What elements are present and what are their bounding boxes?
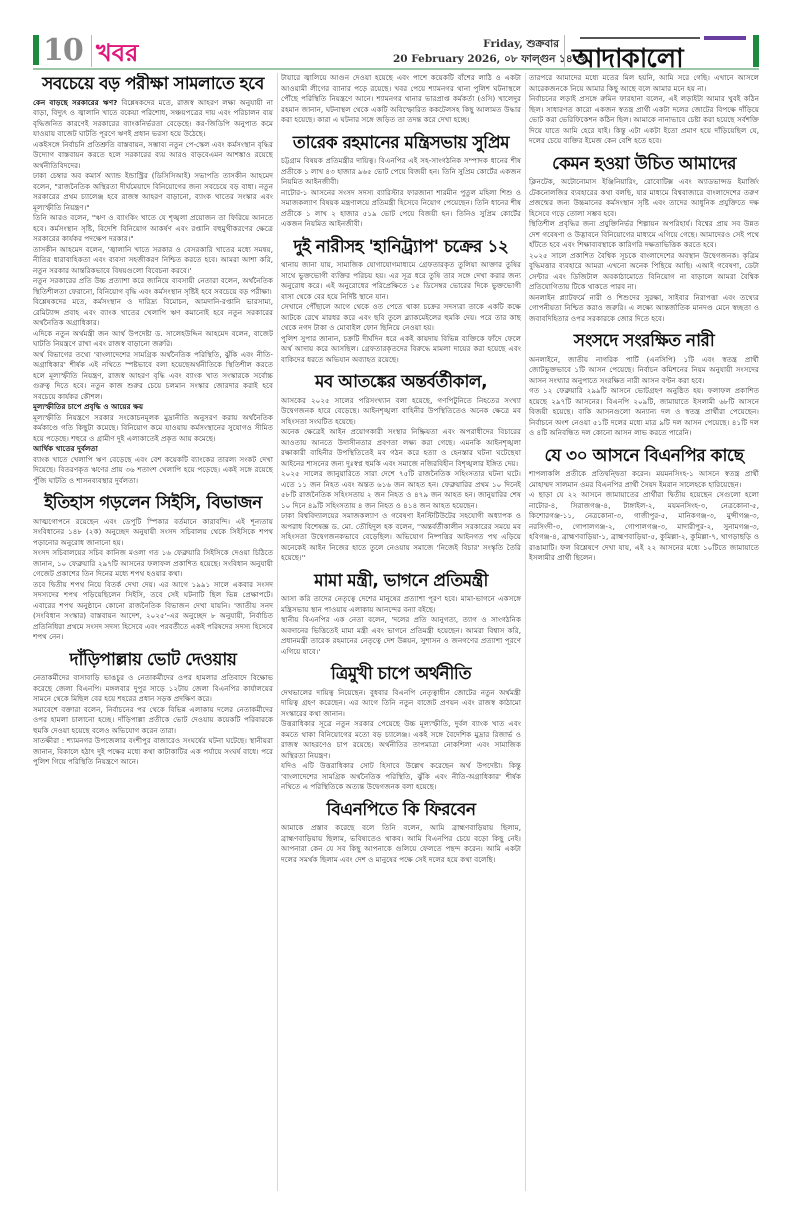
headline: বিএনপিতে কি ফিরবেন [281,801,521,821]
article-biggest-test: সবচেয়ে বড় পরীক্ষা সামলাতে হবে কেন বাড়… [33,75,273,486]
newspaper-logo: আদাকালো [570,36,750,66]
article-continuation: টায়ারে জ্বালিয়ে আগুন দেওয়া হয়েছে এবং… [281,73,521,126]
column-divider [525,73,526,1191]
headline: দাঁড়িপাল্লায় ভোট দেওয়ায় [33,651,273,671]
headline: কেমন হওয়া উচিত আমাদের [529,155,759,175]
headline: মব আতঙ্কের অন্তর্বর্তীকাল, [281,373,521,393]
article-economy-pressure: ত্রিমুখী চাপে অর্থনীতি দেখভালের দায়িত্ব… [281,665,521,793]
article-honeytrap: দুই নারীসহ 'হানিট্র্যাপ' চক্রের ১২ থানায… [281,238,521,366]
date-block: Friday, শুক্রবার 20 February 2026, ০৮ ফা… [473,37,559,67]
headline: যে ৩০ আসনে বিএনপির কাছে [529,447,759,467]
logo-tag-badge [704,36,746,40]
headline: মামা মন্ত্রী, ভাগনে প্রতিমন্ত্রী [281,572,521,592]
date-full: 20 February 2026, ০৮ ফাল্গুন ১৪৩২ [393,52,559,67]
divider [91,35,92,67]
masthead: 10 খবর Friday, শুক্রবার 20 February 2026… [33,35,759,67]
article-scale-vote: দাঁড়িপাল্লায় ভোট দেওয়ায় নেতাকর্মীদের… [33,651,273,768]
column-2: টায়ারে জ্বালিয়ে আগুন দেওয়া হয়েছে এবং… [281,73,521,1193]
headline: সবচেয়ে বড় পরীক্ষা সামলাতে হবে [33,75,273,95]
article-mob-terror: মব আতঙ্কের অন্তর্বর্তীকাল, আসকের ২০২৫ সা… [281,373,521,564]
article-continuation: তারপরে আমাদের মধ্যে মতের মিল হয়নি, আমি … [529,73,759,147]
headline: ত্রিমুখী চাপে অর্থনীতি [281,665,521,685]
article-cec-history: ইতিহাস গড়লেন সিইসি, বিভাজন আত্মগোপনে রয… [33,494,273,643]
article-how-should-be: কেমন হওয়া উচিত আমাদের ক্লিনটেক, অটোনোমা… [529,155,759,325]
column-3: তারপরে আমাদের মধ্যে মতের মিল হয়নি, আমি … [529,73,759,1193]
article-30-seats: যে ৩০ আসনে বিএনপির কাছে শাপলাকলি প্রতীকে… [529,447,759,564]
subhead: আর্থিক খাতের দুর্বলতা [33,444,273,455]
article-cabinet-supreme: তারেক রহমানের মন্ত্রিসভায় সুপ্রিম চট্টগ… [281,134,521,230]
headline: তারেক রহমানের মন্ত্রিসভায় সুপ্রিম [281,134,521,154]
article-uncle-nephew: মামা মন্ত্রী, ভাগনে প্রতিমন্ত্রী আসা করি… [281,572,521,658]
headline: দুই নারীসহ 'হানিট্র্যাপ' চক্রের ১২ [281,238,521,258]
article-reserved-women: সংসদে সংরক্ষিত নারী অনলাইনে, জাতীয় নাগর… [529,332,759,439]
logo-accent-bar [753,35,759,67]
newspaper-page: 10 খবর Friday, শুক্রবার 20 February 2026… [33,35,759,1195]
lead-question: কেন বাড়ছে সরকারের ঋণ? [33,98,117,107]
headline: সংসদে সংরক্ষিত নারী [529,332,759,352]
subhead: মূল্যস্ফীতির চাপে প্রবৃদ্ধি ও আয়ের ক্ষয… [33,402,273,413]
article-return-bnp: বিএনপিতে কি ফিরবেন আমাকে প্রস্তাব করেছে … [281,801,521,866]
page-number: 10 [43,33,83,68]
header-rule [33,68,759,70]
date-weekday: Friday, শুক্রবার [473,37,559,52]
page-number-accent-bar [33,35,39,65]
column-divider [277,73,278,1191]
column-1: সবচেয়ে বড় পরীক্ষা সামলাতে হবে কেন বাড়… [33,73,273,1193]
headline: ইতিহাস গড়লেন সিইসি, বিভাজন [33,494,273,514]
divider [564,35,565,67]
